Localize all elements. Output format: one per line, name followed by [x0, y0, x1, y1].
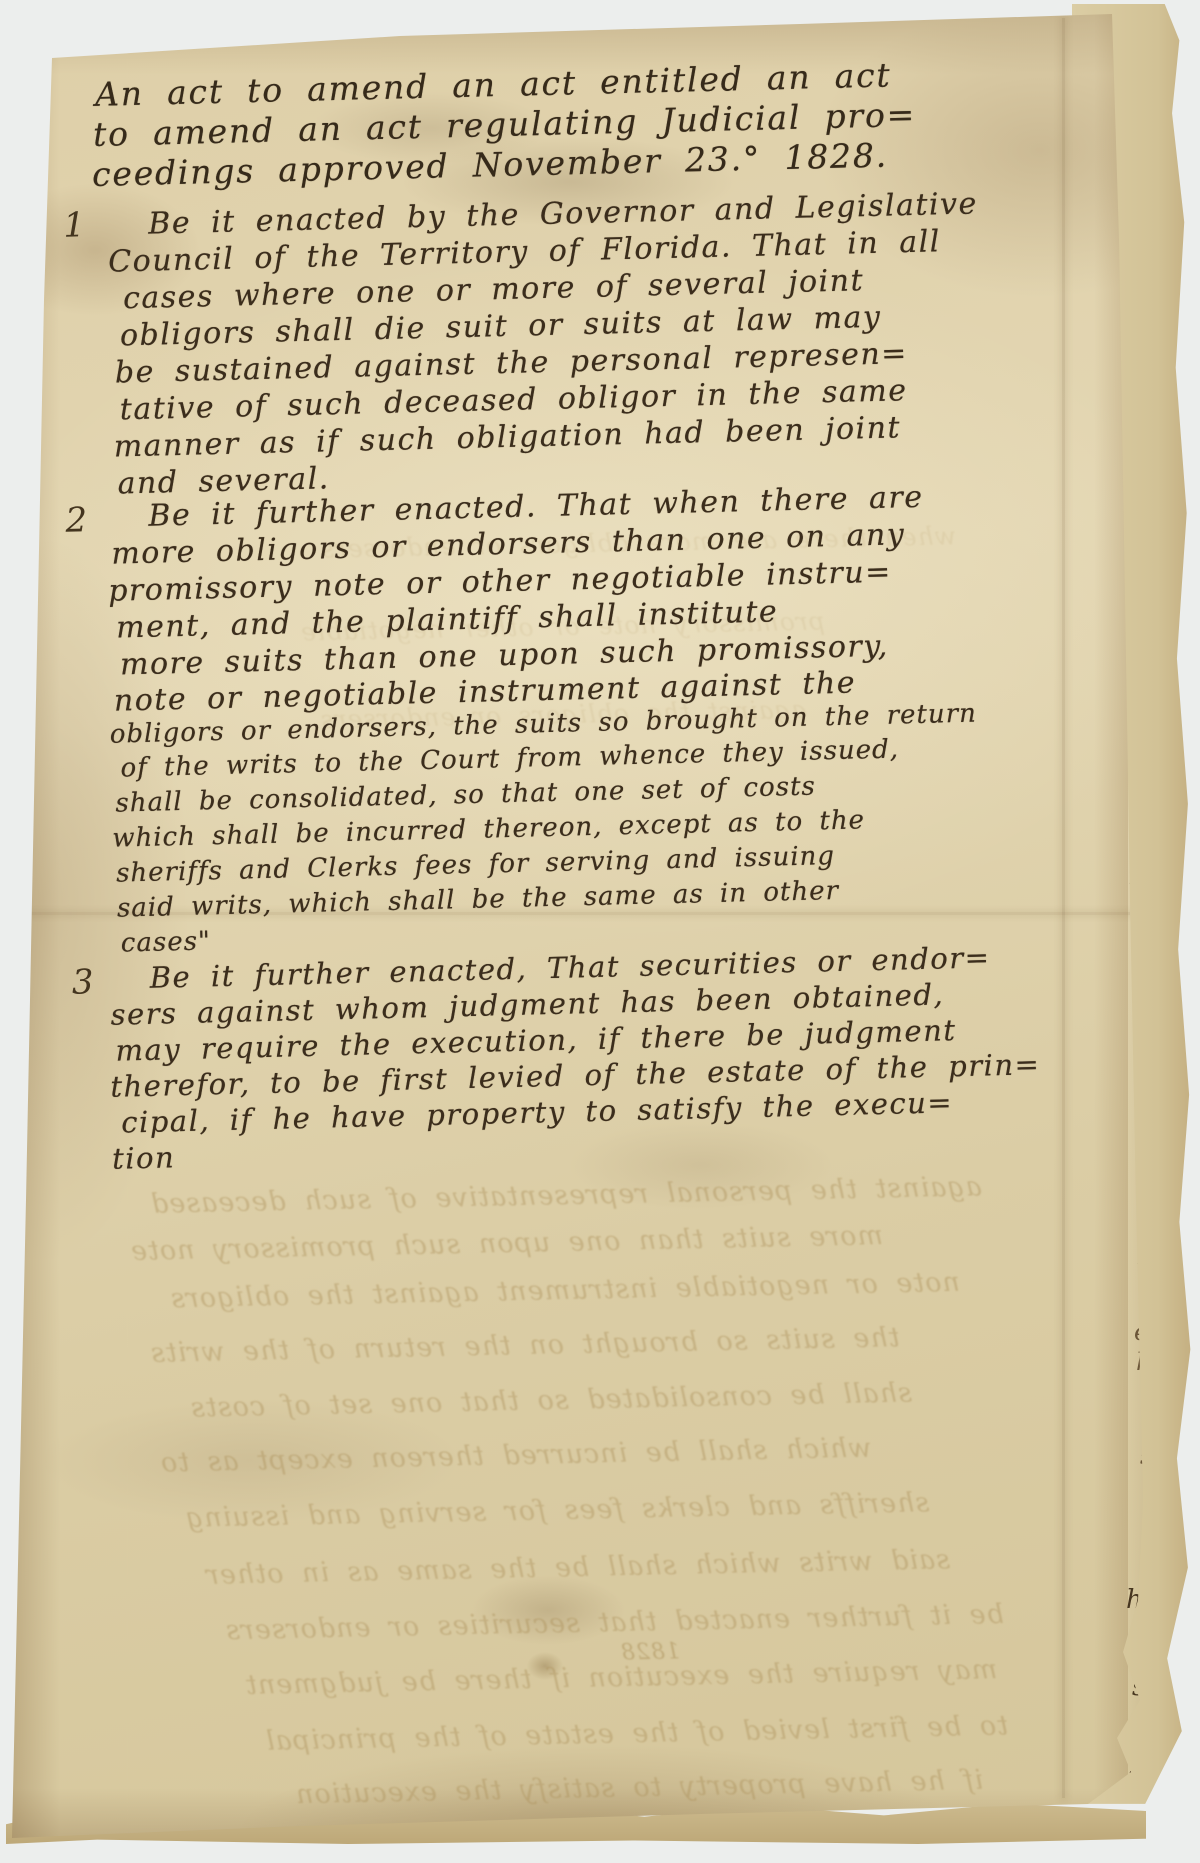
- next-page-fragments: e d - te de , ng ry in = id ed bly r w e…: [0, 0, 1200, 1863]
- manuscript-page: against the personal representative of s…: [0, 0, 1200, 1863]
- photo-backdrop: against the personal representative of s…: [0, 0, 1200, 1863]
